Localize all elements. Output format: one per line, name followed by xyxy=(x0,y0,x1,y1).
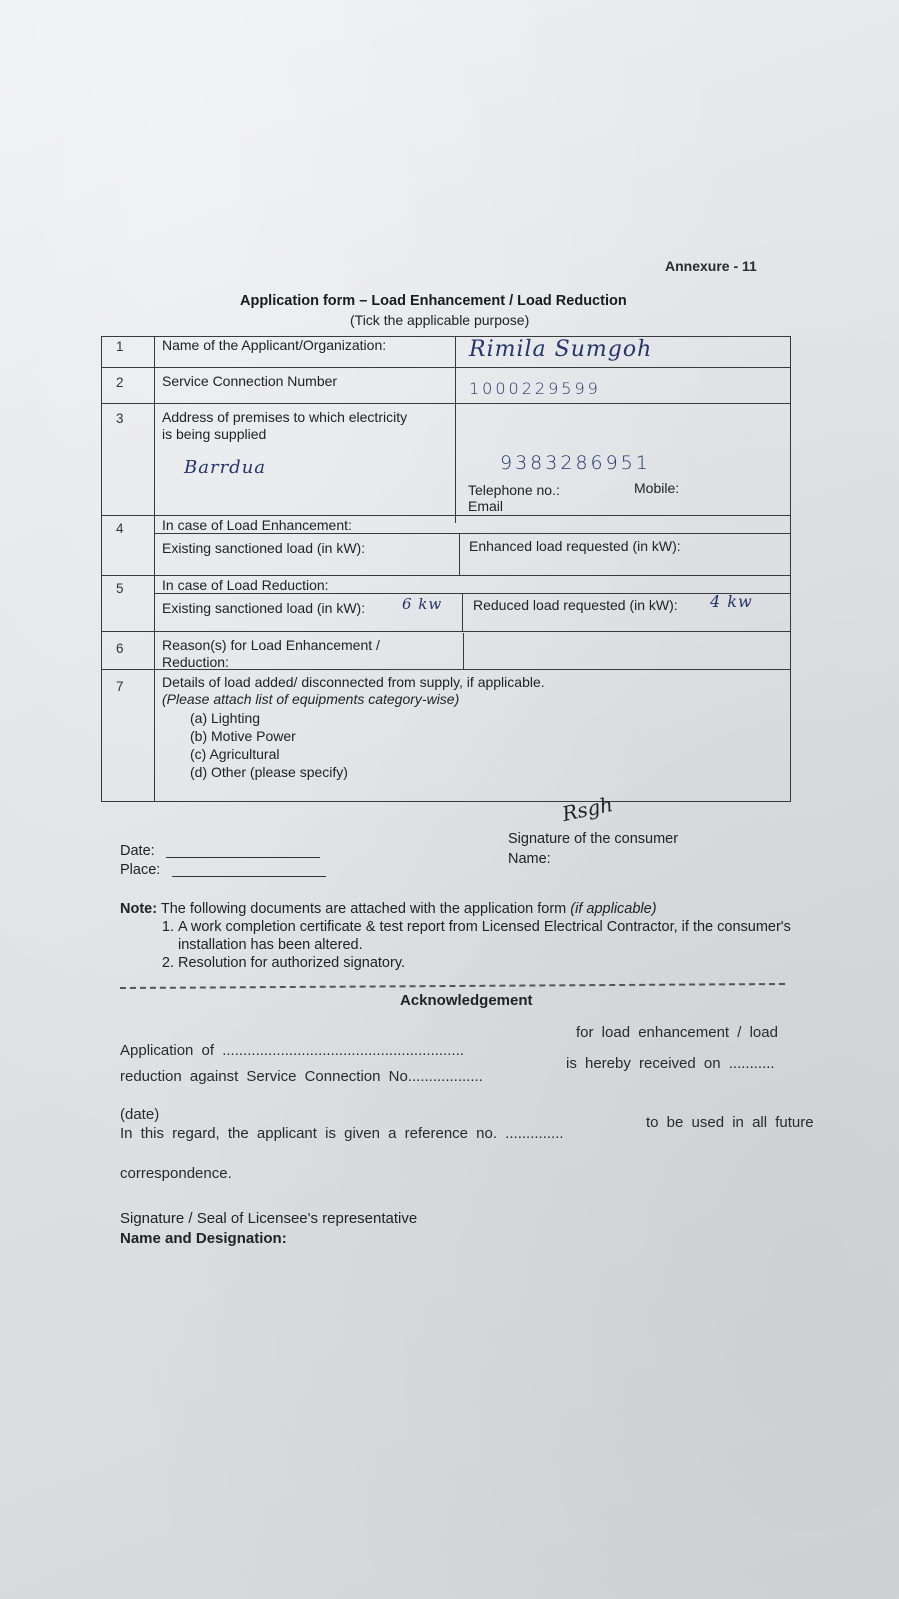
row-divider xyxy=(102,575,790,576)
ack-line5: correspondence. xyxy=(120,1165,232,1182)
telephone-label: Telephone no.: xyxy=(468,482,560,499)
note-prefix: Note: xyxy=(120,901,157,917)
signature-label: Signature of the consumer xyxy=(508,831,678,847)
ack-line1-right: for load enhancement / load xyxy=(576,1024,778,1041)
row-number: 7 xyxy=(116,679,124,694)
note-item: A work completion certificate & test rep… xyxy=(178,918,820,954)
application-table: 1 Name of the Applicant/Organization: Ri… xyxy=(101,336,791,802)
reduction-requested-label: Reduced load requested (in kW): xyxy=(473,597,678,614)
row-number: 3 xyxy=(116,411,124,426)
category-agricultural: (c) Agricultural xyxy=(190,746,279,763)
reason-label-line2: Reduction: xyxy=(162,654,229,671)
consumer-name-label: Name: xyxy=(508,851,551,867)
place-field-line[interactable] xyxy=(172,876,326,877)
row-number: 6 xyxy=(116,641,124,656)
row-number: 2 xyxy=(116,375,124,390)
reduction-heading: In case of Load Reduction: xyxy=(162,577,329,594)
value-column-divider-upper xyxy=(455,337,456,523)
reason-label-line1: Reason(s) for Load Enhancement / xyxy=(162,637,380,654)
date-field-line[interactable] xyxy=(166,857,320,858)
service-connection-value[interactable]: 1000229599 xyxy=(469,379,601,398)
address-label-line2: is being supplied xyxy=(162,426,266,443)
licensee-seal-label: Signature / Seal of Licensee's represent… xyxy=(120,1210,417,1227)
note-text: The following documents are attached wit… xyxy=(161,901,566,917)
category-motive-power: (b) Motive Power xyxy=(190,728,296,745)
ack-line4-left: In this regard, the applicant is given a… xyxy=(120,1125,564,1142)
note-item: Resolution for authorized signatory. xyxy=(178,954,820,972)
load-details-instruction: (Please attach list of equipments catego… xyxy=(162,691,459,708)
applicant-name-value[interactable]: Rimila Sumgoh xyxy=(469,337,652,362)
row-divider xyxy=(102,631,790,632)
value-column-divider-row4 xyxy=(459,533,460,575)
service-connection-label: Service Connection Number xyxy=(162,373,337,390)
enhancement-requested-label: Enhanced load requested (in kW): xyxy=(469,538,681,555)
form-title: Application form – Load Enhancement / Lo… xyxy=(240,293,627,309)
place-label: Place: xyxy=(120,862,160,878)
cut-line-divider xyxy=(120,983,785,989)
reduction-existing-label: Existing sanctioned load (in kW): xyxy=(162,600,365,617)
row-divider xyxy=(102,403,790,404)
row-divider xyxy=(102,367,790,368)
row-number: 4 xyxy=(116,521,124,536)
row-number: 5 xyxy=(116,581,124,596)
email-label: Email xyxy=(468,498,503,515)
applicant-name-label: Name of the Applicant/Organization: xyxy=(162,337,386,354)
annexure-label: Annexure - 11 xyxy=(665,258,757,274)
ack-line2-right: is hereby received on ........... xyxy=(566,1055,775,1072)
ack-line3: (date) xyxy=(120,1106,159,1123)
ack-line1-left: Application of .........................… xyxy=(120,1042,464,1059)
value-column-divider-row6 xyxy=(463,633,464,669)
category-lighting: (a) Lighting xyxy=(190,710,260,727)
form-page: Annexure - 11 Application form – Load En… xyxy=(0,0,899,1599)
designation-label: Name and Designation: xyxy=(120,1230,287,1247)
ack-line2-left: reduction against Service Connection No.… xyxy=(120,1068,483,1085)
acknowledgement-title: Acknowledgement xyxy=(400,992,533,1009)
category-other: (d) Other (please specify) xyxy=(190,764,348,781)
load-details-label: Details of load added/ disconnected from… xyxy=(162,674,545,691)
enhancement-existing-label: Existing sanctioned load (in kW): xyxy=(162,540,365,557)
row-number: 1 xyxy=(116,339,124,354)
reduction-existing-value[interactable]: 6 kw xyxy=(402,595,442,613)
address-label-line1: Address of premises to which electricity xyxy=(162,409,407,426)
note-section: Note: The following documents are attach… xyxy=(120,900,820,972)
address-value[interactable]: Barrdua xyxy=(184,457,266,478)
reduction-requested-value[interactable]: 4 kw xyxy=(710,592,753,611)
value-column-divider-row5 xyxy=(462,593,463,631)
enhancement-heading: In case of Load Enhancement: xyxy=(162,517,352,534)
phone-value[interactable]: 9383286951 xyxy=(500,452,651,474)
note-italic: (if applicable) xyxy=(570,901,656,917)
number-column-divider xyxy=(154,337,155,801)
date-label: Date: xyxy=(120,843,155,859)
row-divider xyxy=(102,515,790,516)
form-subtitle: (Tick the applicable purpose) xyxy=(350,312,529,328)
ack-line4-right: to be used in all future xyxy=(646,1114,814,1131)
note-list: A work completion certificate & test rep… xyxy=(120,918,820,972)
mobile-label: Mobile: xyxy=(634,480,679,497)
